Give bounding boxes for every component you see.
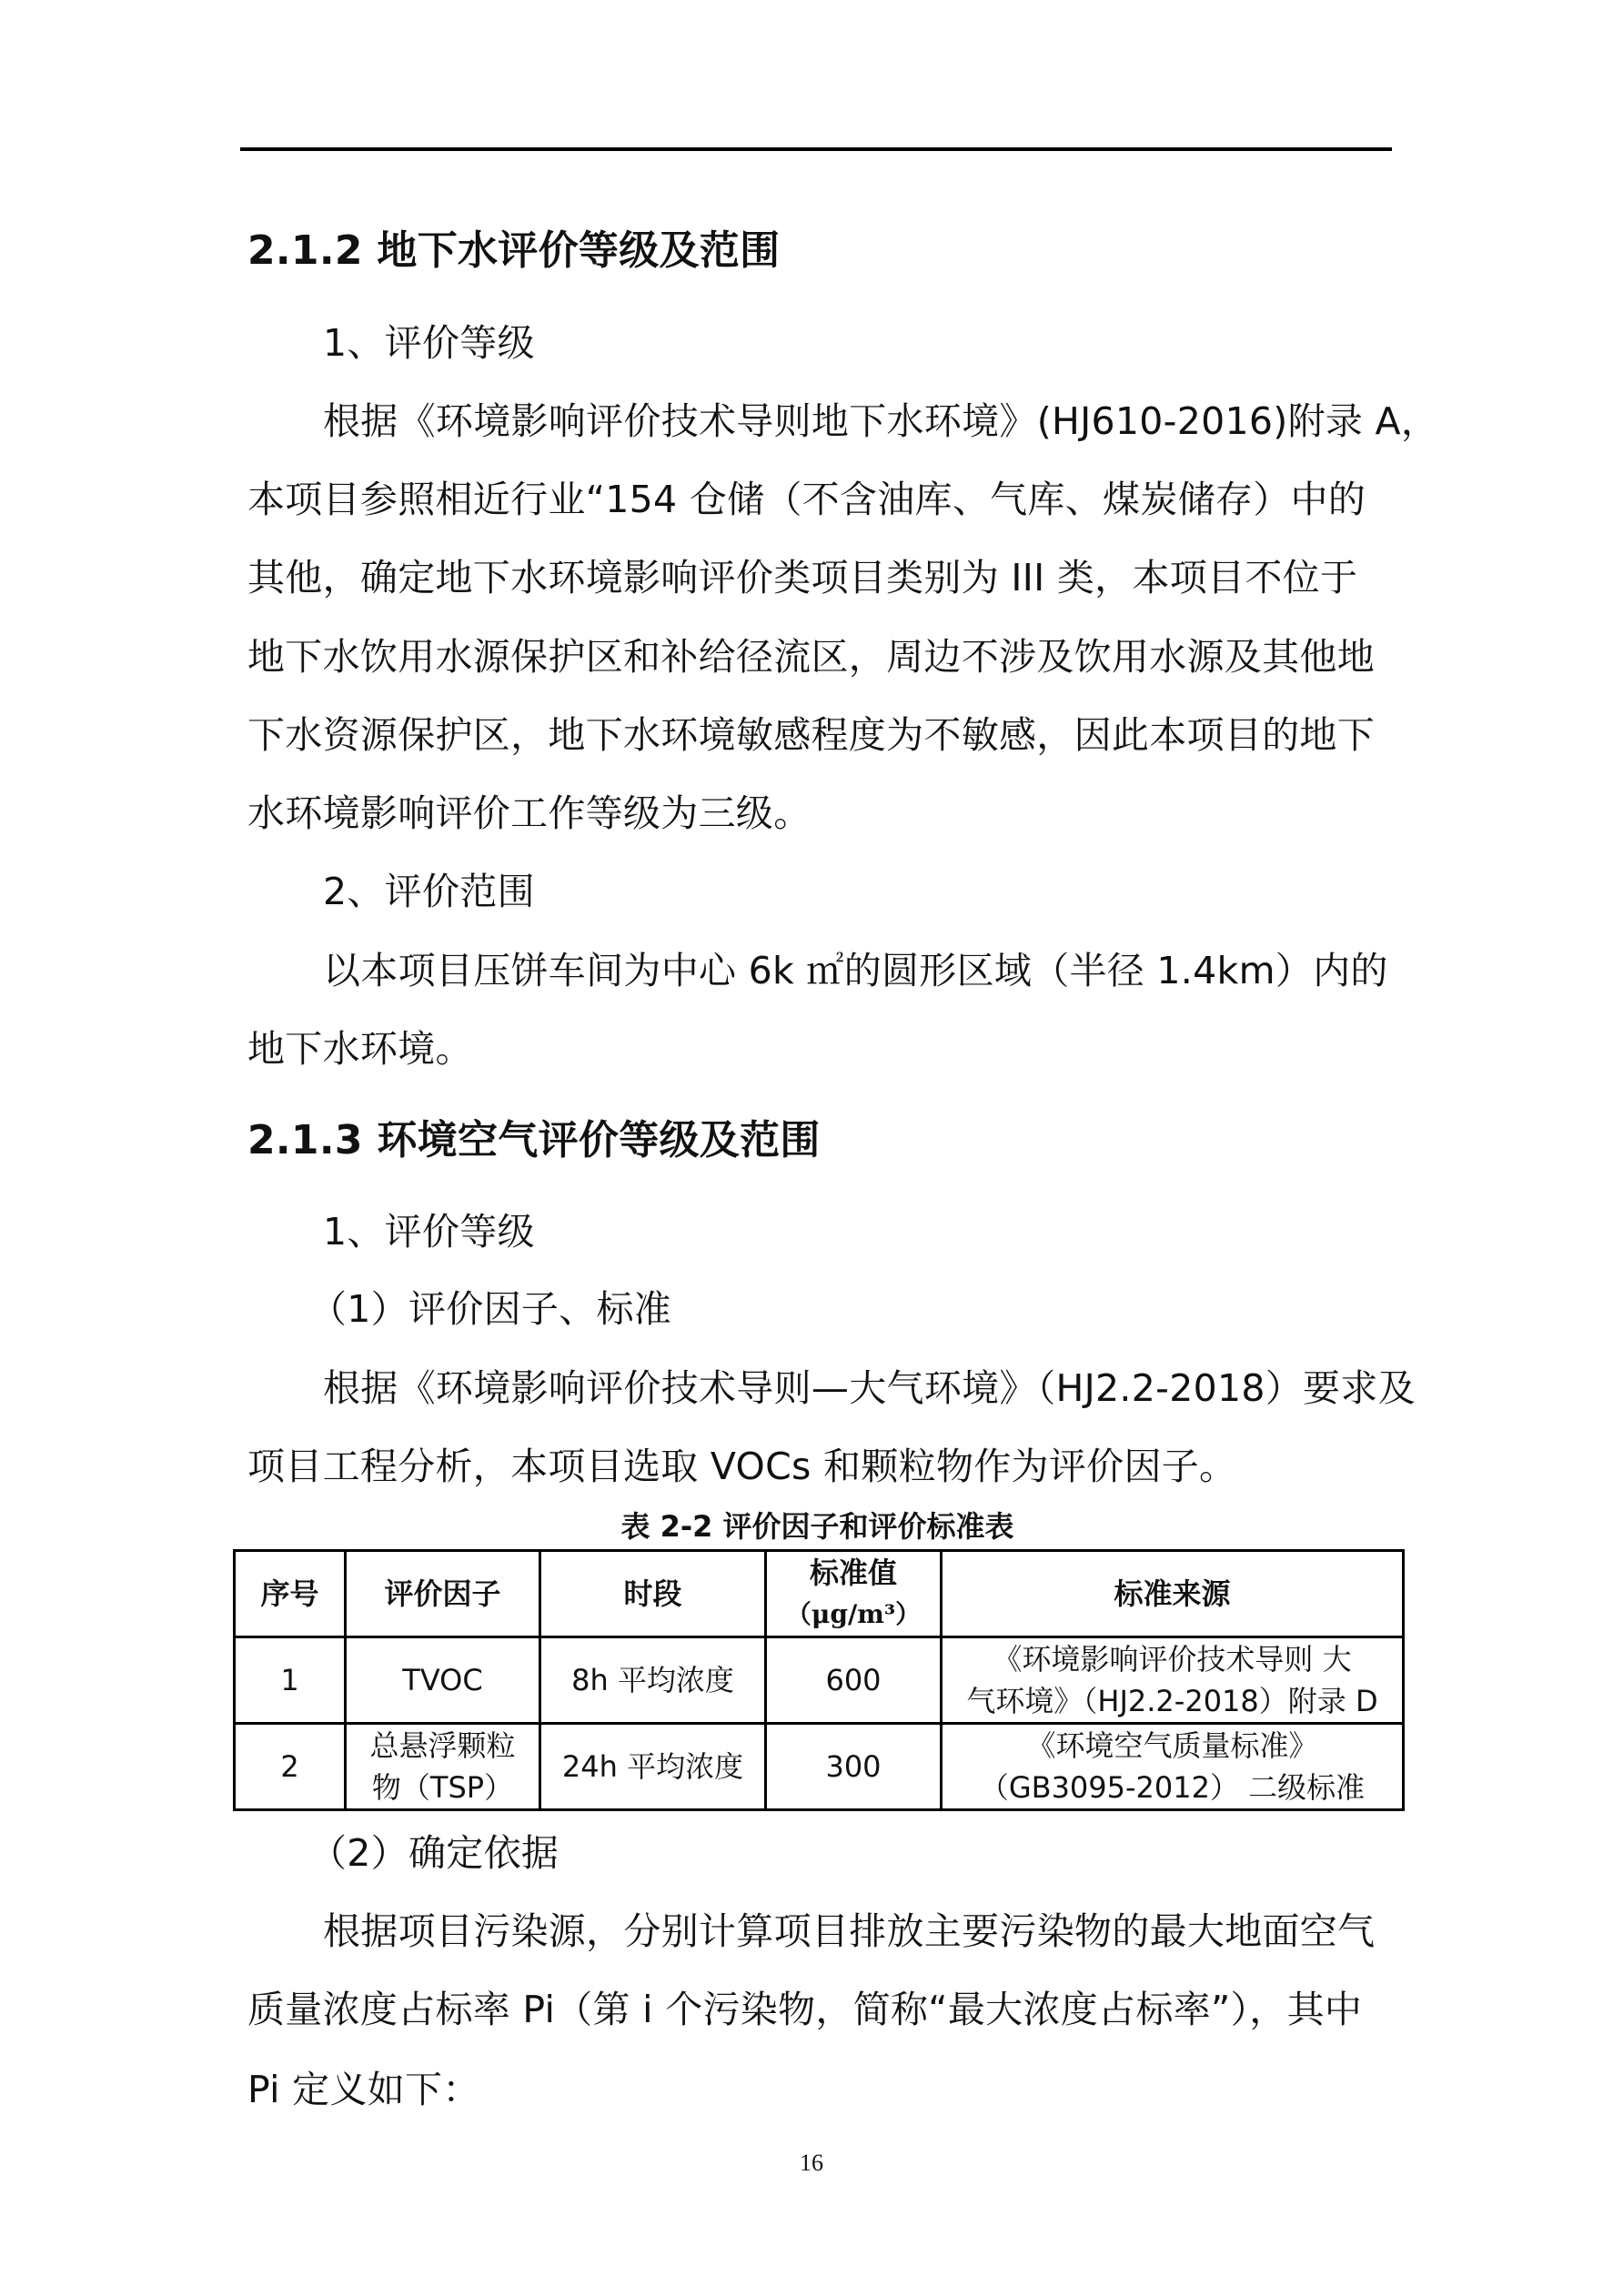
paragraph-line: 下水资源保护区，地下水环境敏感程度为不敏感，因此本项目的地下: [247, 712, 1396, 758]
section-heading-2-1-3: 2.1.3 环境空气评价等级及范围: [247, 1118, 1396, 1163]
header-source: 标准来源: [942, 1551, 1404, 1637]
paragraph-line: 根据《环境影响评价技术导则—大气环境》（HJ2.2-2018）要求及: [323, 1365, 1396, 1411]
paragraph-line: 以本项目压饼车间为中心 6k ㎡的圆形区域（半径 1.4km）内的: [323, 948, 1396, 993]
paragraph-line: 质量浓度占标率 Pi（第 i 个污染物，简称“最大浓度占标率”），其中: [247, 1987, 1396, 2032]
header-standard-value: 标准值 （μg/m³）: [766, 1551, 942, 1637]
cell-source-line: （GB3095-2012） 二级标准: [946, 1767, 1398, 1808]
paragraph-line: 地下水环境。: [247, 1026, 1396, 1072]
section-heading-2-1-2: 2.1.2 地下水评价等级及范围: [247, 228, 1396, 274]
table-header-row: 序号 评价因子 时段 标准值 （μg/m³） 标准来源: [235, 1551, 1404, 1637]
header-standard-value-unit: （μg/m³）: [771, 1594, 936, 1636]
paragraph-line: 地下水饮用水源保护区和补给径流区，周边不涉及饮用水源及其他地: [247, 634, 1396, 680]
paragraph-line: 其他，确定地下水环境影响评价类项目类别为 III 类，本项目不位于: [247, 555, 1396, 600]
cell-factor-line: 总悬浮颗粒: [350, 1725, 535, 1767]
table-row: 1 TVOC 8h 平均浓度 600 《环境影响评价技术导则 大 气环境》（HJ…: [235, 1637, 1404, 1724]
subheading-factors-standards: （1）评价因子、标准: [309, 1286, 1457, 1332]
subheading-evaluation-level: 1、评价等级: [323, 320, 1396, 366]
subheading-evaluation-level: 1、评价等级: [323, 1209, 1396, 1254]
header-factor: 评价因子: [346, 1551, 540, 1637]
cell-no: 1: [235, 1637, 346, 1724]
paragraph-line: 项目工程分析，本项目选取 VOCs 和颗粒物作为评价因子。: [247, 1444, 1396, 1489]
cell-source-line: 《环境空气质量标准》: [946, 1725, 1398, 1767]
cell-factor-line: 物（TSP）: [350, 1767, 535, 1808]
cell-factor: 总悬浮颗粒 物（TSP）: [346, 1724, 540, 1810]
cell-value: 300: [766, 1724, 942, 1810]
cell-source: 《环境影响评价技术导则 大 气环境》（HJ2.2-2018）附录 D: [942, 1637, 1404, 1724]
cell-source-line: 气环境》（HJ2.2-2018）附录 D: [946, 1680, 1398, 1722]
table-row: 2 总悬浮颗粒 物（TSP） 24h 平均浓度 300 《环境空气质量标准》 （…: [235, 1724, 1404, 1810]
paragraph-line: 根据项目污染源，分别计算项目排放主要污染物的最大地面空气: [323, 1908, 1396, 1954]
paragraph-line: 水环境影响评价工作等级为三级。: [247, 791, 1396, 836]
cell-source-line: 《环境影响评价技术导则 大: [946, 1638, 1398, 1680]
cell-period: 8h 平均浓度: [540, 1637, 766, 1724]
cell-factor: TVOC: [346, 1637, 540, 1724]
header-rule: [240, 147, 1392, 151]
table-caption: 表 2-2 评价因子和评价标准表: [233, 1508, 1402, 1545]
cell-value: 600: [766, 1637, 942, 1724]
subheading-basis: （2）确定依据: [309, 1830, 1457, 1876]
evaluation-standards-table: 序号 评价因子 时段 标准值 （μg/m³） 标准来源 1 TVOC 8h 平均…: [233, 1549, 1405, 1811]
header-no: 序号: [235, 1551, 346, 1637]
cell-source: 《环境空气质量标准》 （GB3095-2012） 二级标准: [942, 1724, 1404, 1810]
header-standard-value-label: 标准值: [771, 1552, 936, 1594]
page-number: 16: [0, 2149, 1623, 2178]
subheading-evaluation-scope: 2、评价范围: [323, 869, 1396, 914]
header-period: 时段: [540, 1551, 766, 1637]
paragraph-line: Pi 定义如下：: [247, 2067, 1396, 2112]
paragraph-line: 本项目参照相近行业“154 仓储（不含油库、气库、煤炭储存）中的: [247, 477, 1396, 522]
paragraph-line: 根据《环境影响评价技术导则地下水环境》(HJ610-2016)附录 A，: [323, 398, 1396, 444]
cell-period: 24h 平均浓度: [540, 1724, 766, 1810]
cell-no: 2: [235, 1724, 346, 1810]
